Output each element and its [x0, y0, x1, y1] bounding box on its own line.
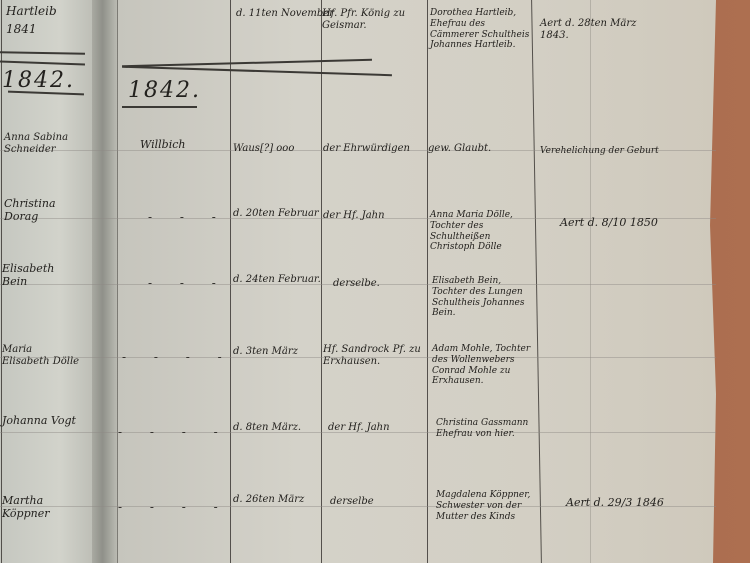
row-2-note: Aert d. 8/10 1850 [560, 216, 690, 229]
column-line-date [230, 0, 231, 563]
row-1-date: Waus[?] ooo [233, 143, 321, 155]
row-2-col1: - - - [148, 210, 228, 224]
top-row-parents: Dorothea Hartleib, Ehefrau des Cämmerer … [430, 8, 536, 51]
row-6-date: d. 26ten März [233, 494, 321, 506]
left-top-name: Hartleib [6, 4, 57, 18]
left-year-heading: 1842. [2, 68, 75, 94]
top-row-note: Aert d. 28ten März 1843. [540, 18, 660, 42]
left-top-year: 1841 [6, 22, 37, 36]
right-year-heading: 1842. [128, 78, 201, 104]
left-name-1: Anna Sabina Schneider [4, 132, 84, 156]
row-4-parents: Adam Mohle, Tochter des Wollenwebers Con… [432, 344, 536, 387]
row-5-place: der Hf. Jahn [328, 422, 427, 434]
row-1-place: der Ehrwürdigen [323, 143, 427, 155]
row-5-col1: - - - - [118, 425, 230, 439]
row-2-date: d. 20ten Februar [233, 208, 321, 220]
left-name-3: Elisabeth Bein [2, 262, 82, 288]
row-3-parents: Elisabeth Bein, Tochter des Lungen Schul… [432, 276, 536, 319]
row-3-date: d. 24ten Februar. [233, 274, 321, 286]
gutter-edge-line [117, 0, 118, 563]
left-name-6: Martha Köppner [2, 494, 82, 520]
row-5-parents: Christina Gassmann Ehefrau von hier. [436, 418, 536, 440]
row-6-parents: Magdalena Köppner, Schwester von der Mut… [436, 490, 536, 522]
row-2-parents: Anna Maria Dölle, Tochter des Schultheiß… [430, 210, 536, 253]
row-4-place: Hf. Sandrock Pf. zu Erxhausen. [323, 344, 427, 368]
row-6-col1: - - - - [118, 500, 230, 514]
row-1-col1: Willbich [140, 138, 185, 151]
left-name-2: Christina Dorag [4, 197, 84, 223]
row-3-col1: - - - [148, 276, 228, 290]
top-row-date: d. 11ten November [236, 8, 334, 20]
row-6-place: derselbe [330, 496, 427, 508]
left-name-4: Maria Elisabeth Dölle [2, 344, 82, 368]
row-6-note: Aert d. 29/3 1846 [566, 496, 706, 509]
row-1-note: Verehelichung der Geburt [540, 146, 670, 157]
row-4-date: d. 3ten März [233, 346, 321, 358]
row-4-col1: - - - - [122, 350, 234, 364]
top-row-place: Hf. Pfr. König zu Geismar. [322, 8, 426, 32]
column-line-parents [427, 0, 428, 563]
left-name-5: Johanna Vogt [2, 414, 82, 427]
row-5-date: d. 8ten März. [233, 422, 321, 434]
faint-column-line [590, 0, 591, 563]
row-2-place: der Hf. Jahn [323, 210, 427, 222]
row-3-place: derselbe. [333, 278, 427, 290]
year-underline [122, 106, 197, 108]
row-1-parents: gew. Glaubt. [428, 143, 536, 155]
column-line-place [321, 0, 322, 563]
